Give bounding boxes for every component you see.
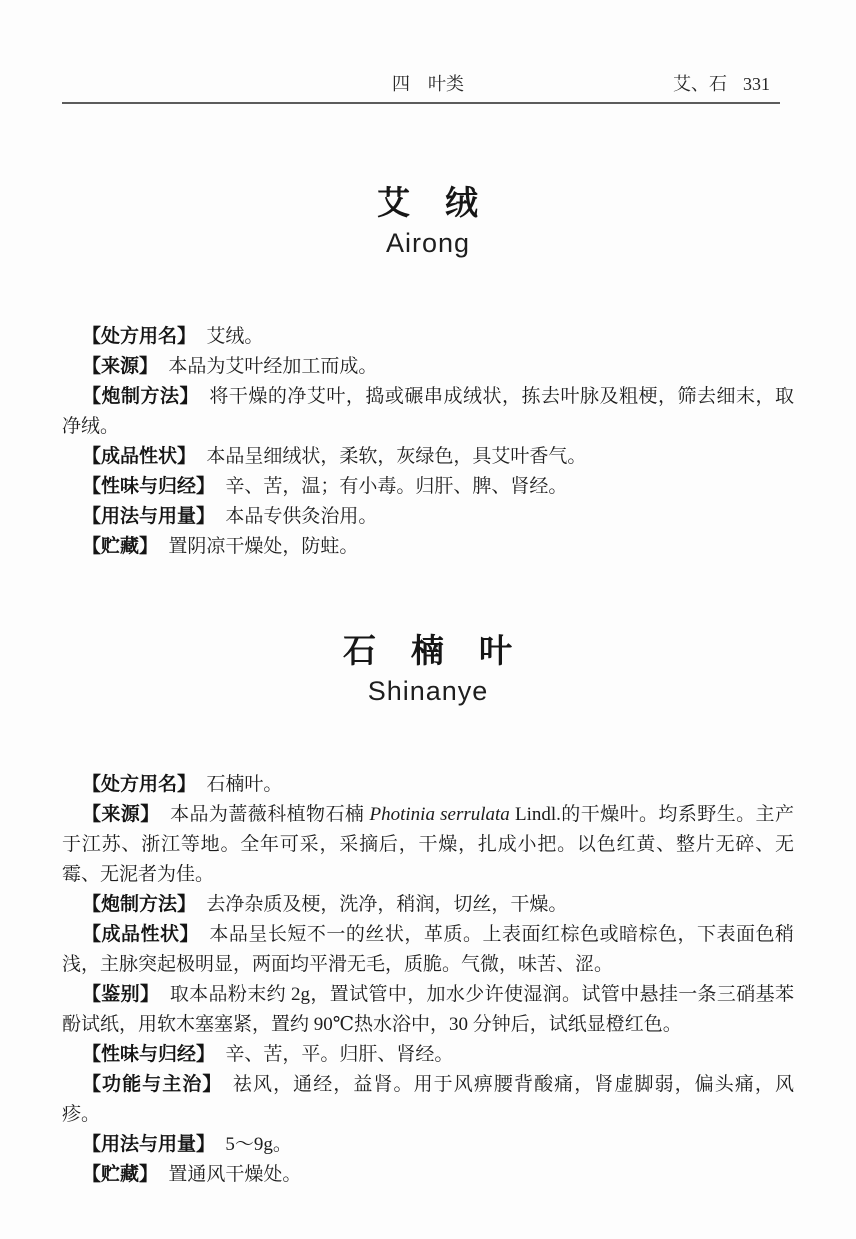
- section-label: 【炮制方法】: [82, 386, 199, 407]
- running-head-section-title: 四 叶类: [392, 70, 464, 96]
- section-text: 辛、苦，温；有小毒。归肝、脾、肾经。: [225, 476, 567, 497]
- section-text: 本品为蔷薇科植物石楠: [170, 804, 369, 825]
- section-text: 置阴凉干燥处，防蛀。: [168, 536, 358, 557]
- latin-binomial: Photinia serrulata: [370, 804, 510, 825]
- section-text: 去净杂质及梗，洗净，稍润，切丝，干燥。: [206, 894, 567, 915]
- section-paragraph: 【成品性状】本品呈长短不一的丝状，革质。上表面红棕色或暗棕色，下表面色稍浅，主脉…: [62, 920, 794, 980]
- section-text: 本品专供灸治用。: [225, 506, 377, 527]
- section-paragraph: 【来源】本品为蔷薇科植物石楠 Photinia serrulata Lindl.…: [62, 800, 794, 890]
- section-paragraph: 【炮制方法】将干燥的净艾叶，捣或碾串成绒状，拣去叶脉及粗梗，筛去细末，取净绒。: [62, 382, 794, 442]
- entry-title: 石 楠 叶: [62, 634, 794, 670]
- section-paragraph: 【处方用名】石楠叶。: [62, 770, 794, 800]
- section-paragraph: 【成品性状】本品呈细绒状，柔软，灰绿色，具艾叶香气。: [62, 442, 794, 472]
- section-label: 【炮制方法】: [82, 894, 196, 915]
- book-page: 四 叶类 艾、石 331 艾 绒 Airong 【处方用名】艾绒。【来源】本品为…: [0, 0, 856, 1239]
- running-head-entry-range: 艾、石: [673, 70, 727, 96]
- section-paragraph: 【鉴别】取本品粉末约 2g，置试管中，加水少许使湿润。试管中悬挂一条三硝基苯酚试…: [62, 980, 794, 1040]
- section-paragraph: 【用法与用量】5～9g。: [62, 1130, 794, 1160]
- section-text: 置通风干燥处。: [168, 1164, 301, 1185]
- section-paragraph: 【来源】本品为艾叶经加工而成。: [62, 352, 794, 382]
- section-label: 【来源】: [82, 804, 160, 825]
- section-paragraph: 【性味与归经】辛、苦，温；有小毒。归肝、脾、肾经。: [62, 472, 794, 502]
- running-head: 四 叶类 艾、石 331: [62, 0, 794, 96]
- section-label: 【性味与归经】: [82, 1044, 215, 1065]
- section-label: 【用法与用量】: [82, 506, 215, 527]
- header-rule: [62, 102, 780, 104]
- section-label: 【贮藏】: [82, 536, 158, 557]
- section-text: 本品呈细绒状，柔软，灰绿色，具艾叶香气。: [206, 446, 586, 467]
- section-paragraph: 【贮藏】置通风干燥处。: [62, 1160, 794, 1190]
- section-label: 【功能与主治】: [82, 1074, 223, 1095]
- section-paragraph: 【用法与用量】本品专供灸治用。: [62, 502, 794, 532]
- section-text: 辛、苦，平。归肝、肾经。: [225, 1044, 453, 1065]
- section-text: 石楠叶。: [206, 774, 282, 795]
- section-paragraph: 【炮制方法】去净杂质及梗，洗净，稍润，切丝，干燥。: [62, 890, 794, 920]
- medicine-entry: 石 楠 叶 Shinanye 【处方用名】石楠叶。【来源】本品为蔷薇科植物石楠 …: [62, 634, 794, 1190]
- section-text: 5～9g。: [225, 1134, 292, 1155]
- entry-body: 【处方用名】艾绒。【来源】本品为艾叶经加工而成。【炮制方法】将干燥的净艾叶，捣或…: [62, 322, 794, 562]
- entry-pinyin: Shinanye: [62, 676, 794, 706]
- section-label: 【处方用名】: [82, 326, 196, 347]
- section-text: 取本品粉末约 2g，置试管中，加水少许使湿润。试管中悬挂一条三硝基苯酚试纸，用软…: [62, 984, 794, 1035]
- entry-pinyin: Airong: [62, 228, 794, 258]
- entry-body: 【处方用名】石楠叶。【来源】本品为蔷薇科植物石楠 Photinia serrul…: [62, 770, 794, 1190]
- section-text: 艾绒。: [206, 326, 263, 347]
- section-label: 【用法与用量】: [82, 1134, 215, 1155]
- entry-title: 艾 绒: [62, 186, 794, 222]
- section-label: 【性味与归经】: [82, 476, 215, 497]
- section-label: 【鉴别】: [82, 984, 159, 1005]
- page-number: 331: [743, 74, 770, 95]
- running-head-right: 艾、石 331: [673, 70, 770, 96]
- section-paragraph: 【贮藏】置阴凉干燥处，防蛀。: [62, 532, 794, 562]
- entries-container: 艾 绒 Airong 【处方用名】艾绒。【来源】本品为艾叶经加工而成。【炮制方法…: [62, 186, 794, 1190]
- section-label: 【成品性状】: [82, 446, 196, 467]
- medicine-entry: 艾 绒 Airong 【处方用名】艾绒。【来源】本品为艾叶经加工而成。【炮制方法…: [62, 186, 794, 562]
- section-text: 本品为艾叶经加工而成。: [168, 356, 377, 377]
- section-paragraph: 【性味与归经】辛、苦，平。归肝、肾经。: [62, 1040, 794, 1070]
- section-paragraph: 【功能与主治】祛风，通经，益肾。用于风痹腰背酸痛，肾虚脚弱，偏头痛，风疹。: [62, 1070, 794, 1130]
- section-label: 【处方用名】: [82, 774, 196, 795]
- section-label: 【来源】: [82, 356, 158, 377]
- section-label: 【成品性状】: [82, 924, 199, 945]
- section-paragraph: 【处方用名】艾绒。: [62, 322, 794, 352]
- section-label: 【贮藏】: [82, 1164, 158, 1185]
